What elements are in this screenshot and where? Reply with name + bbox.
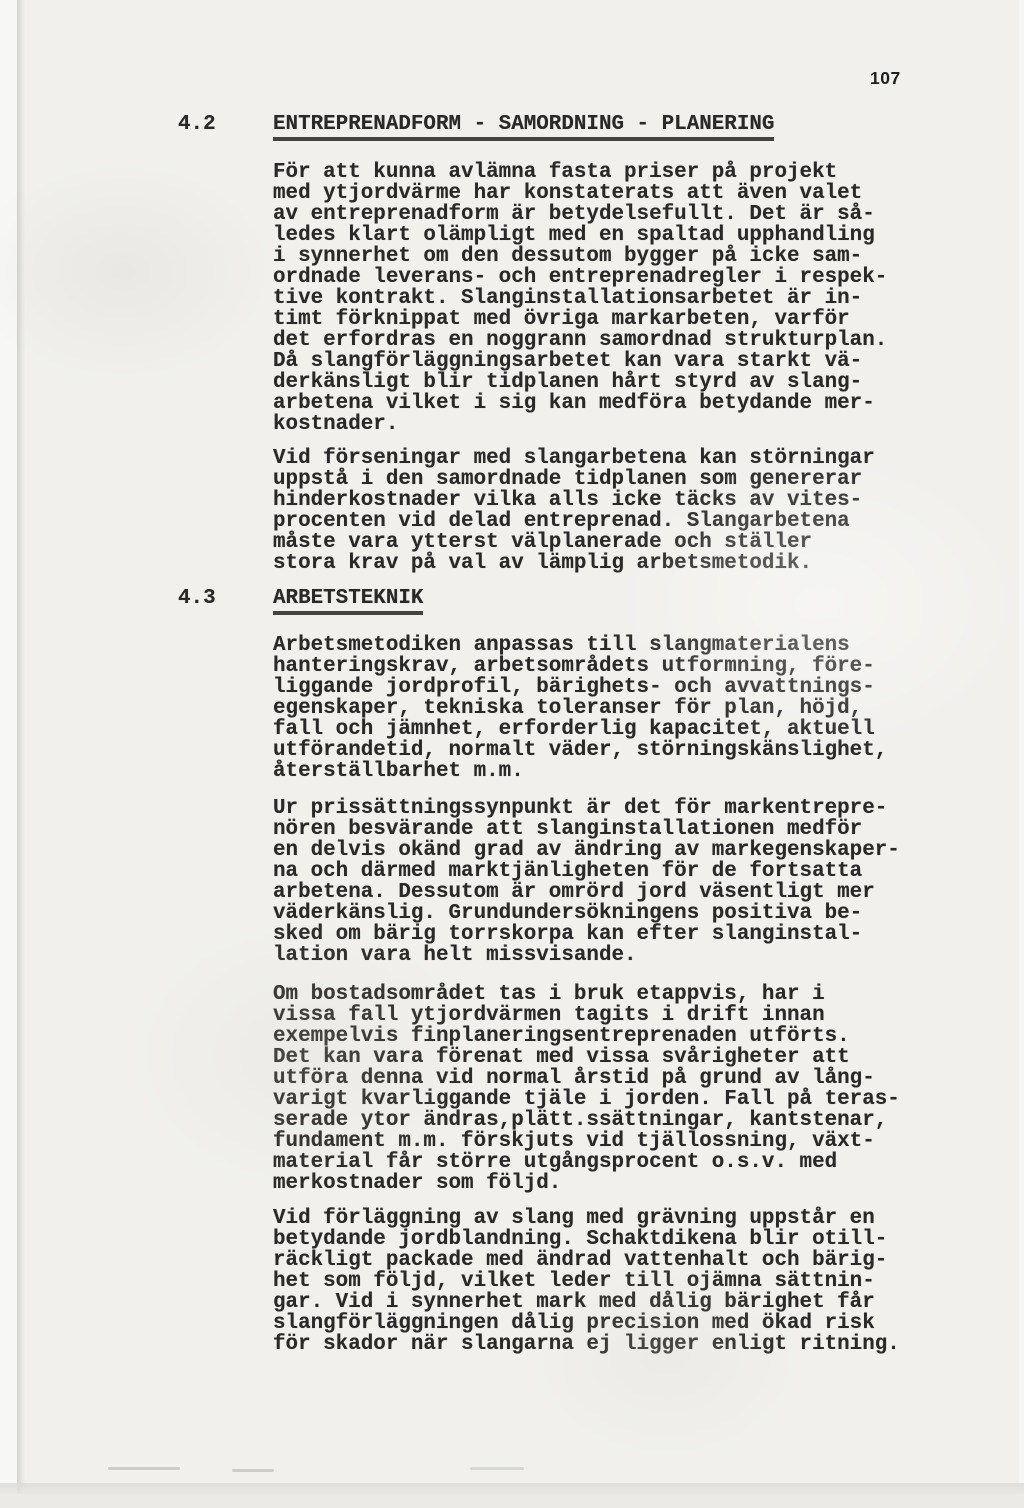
page-number: 107 (870, 68, 901, 89)
scan-margin-bottom (0, 1494, 1024, 1508)
section-number: 4.3 (178, 588, 216, 609)
section-heading: ENTREPRENADFORM - SAMORDNING - PLANERING (273, 114, 774, 141)
scan-smudge (470, 1467, 524, 1470)
paragraph: Ur prissättningssynpunkt är det för mark… (273, 798, 1024, 966)
section-4.3: 4.3ARBETSTEKNIKArbetsmetodiken anpassas … (0, 588, 1024, 1355)
scan-smudge (232, 1469, 274, 1472)
paragraph: Vid förseningar med slangarbetena kan st… (273, 448, 1024, 574)
section-heading: ARBETSTEKNIK (273, 588, 423, 615)
scan-edge-bottom (0, 1483, 1024, 1494)
scan-smudge (108, 1467, 180, 1470)
paragraph: Om bostadsområdet tas i bruk etappvis, h… (273, 984, 1024, 1194)
paragraph: Arbetsmetodiken anpassas till slangmater… (273, 635, 1024, 782)
section-4.2: 4.2ENTREPRENADFORM - SAMORDNING - PLANER… (0, 114, 1024, 574)
paragraph: Vid förläggning av slang med grävning up… (273, 1208, 1024, 1355)
scanned-page: { "page": { "number": "107" }, "paper_co… (0, 0, 1024, 1508)
section-header: 4.2ENTREPRENADFORM - SAMORDNING - PLANER… (0, 114, 1024, 141)
section-number: 4.2 (178, 114, 216, 135)
paragraph: För att kunna avlämna fasta priser på pr… (273, 162, 1024, 435)
section-header: 4.3ARBETSTEKNIK (0, 588, 1024, 615)
